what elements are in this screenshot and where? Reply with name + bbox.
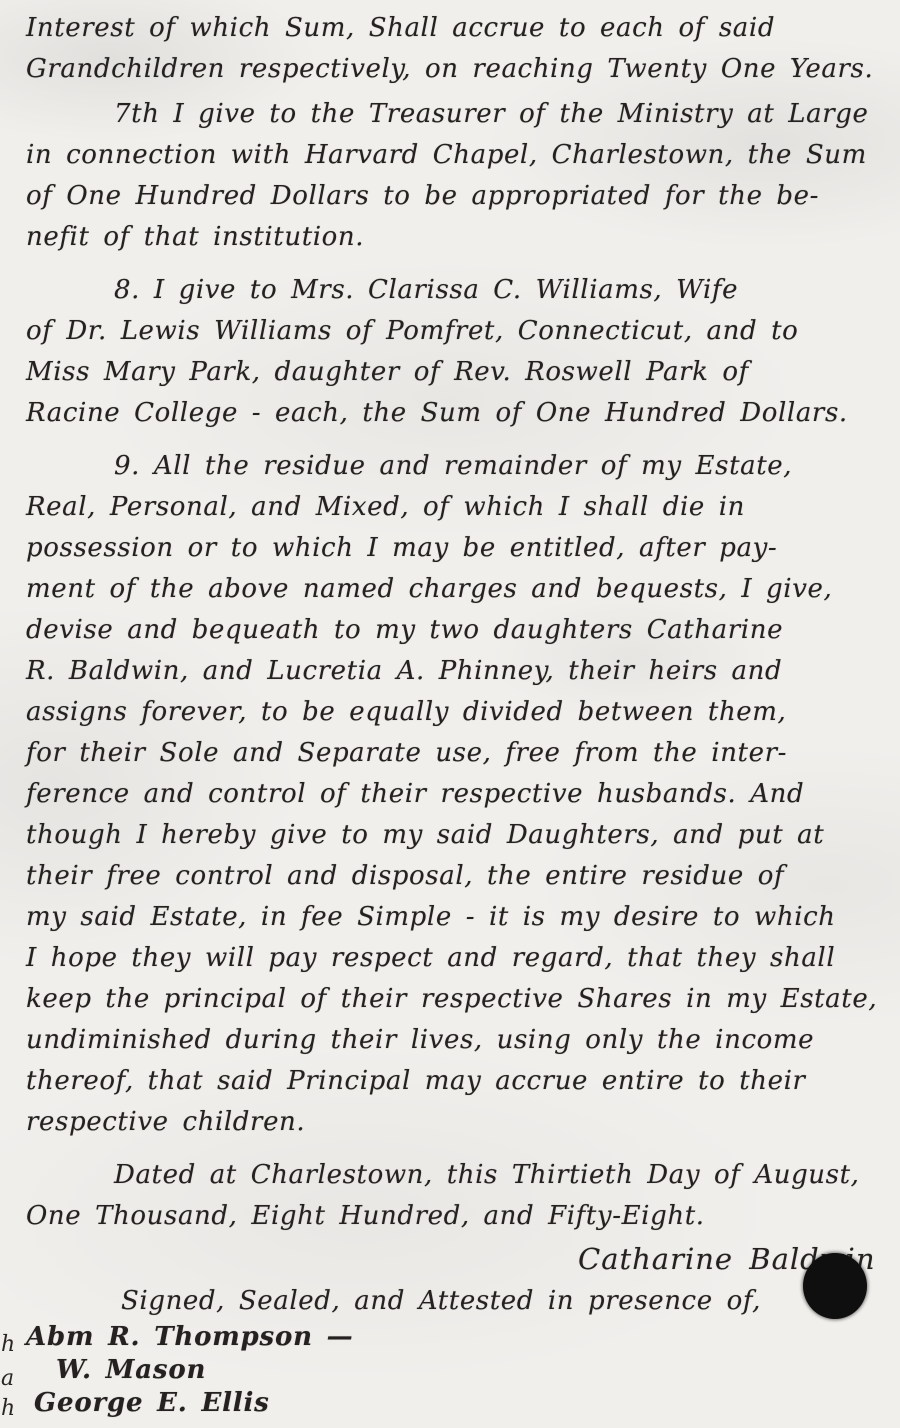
text-line: in connection with Harvard Chapel, Charl… <box>26 135 872 176</box>
text-line-dated: Dated at Charlestown, this Thirtieth Day… <box>26 1155 872 1196</box>
text-line: ment of the above named charges and bequ… <box>26 569 872 610</box>
witness-signature: George E. Ellis <box>26 1387 872 1420</box>
margin-mark: a <box>1 1368 17 1390</box>
text-line: Real, Personal, and Mixed, of which I sh… <box>26 487 872 528</box>
text-line: nefit of that institution. <box>26 217 872 258</box>
text-line: respective children. <box>26 1102 872 1143</box>
text-line: possession or to which I may be entitled… <box>26 528 872 569</box>
witness-signature: W. Mason <box>26 1354 872 1387</box>
text-line: Interest of which Sum, Shall accrue to e… <box>26 8 872 49</box>
text-line-section-8: 8. I give to Mrs. Clarissa C. Williams, … <box>26 270 872 311</box>
text-line-section-9: 9. All the residue and remainder of my E… <box>26 446 872 487</box>
text-line: of Dr. Lewis Williams of Pomfret, Connec… <box>26 311 872 352</box>
testator-signature: Catharine Baldwin <box>26 1237 872 1281</box>
handwritten-will-text: Interest of which Sum, Shall accrue to e… <box>0 0 900 1428</box>
text-line-section-7: 7th I give to the Treasurer of the Minis… <box>26 94 872 135</box>
text-line: undiminished during their lives, using o… <box>26 1020 872 1061</box>
text-line: ference and control of their respective … <box>26 774 872 815</box>
text-line: my said Estate, in fee Simple - it is my… <box>26 897 872 938</box>
text-line: Miss Mary Park, daughter of Rev. Roswell… <box>26 352 872 393</box>
black-seal-icon <box>803 1253 867 1319</box>
text-line: though I hereby give to my said Daughter… <box>26 815 872 856</box>
margin-mark: h <box>1 1334 17 1356</box>
text-line: Racine College - each, the Sum of One Hu… <box>26 393 872 434</box>
text-line: assigns forever, to be equally divided b… <box>26 692 872 733</box>
text-line: thereof, that said Principal may accrue … <box>26 1061 872 1102</box>
text-line: of One Hundred Dollars to be appropriate… <box>26 176 872 217</box>
text-line: for their Sole and Separate use, free fr… <box>26 733 872 774</box>
witness-signature: Abm R. Thompson — <box>26 1321 872 1354</box>
attestation-line: Signed, Sealed, and Attested in presence… <box>26 1281 872 1321</box>
text-line: One Thousand, Eight Hundred, and Fifty-E… <box>26 1196 872 1237</box>
text-line: I hope they will pay respect and regard,… <box>26 938 872 979</box>
margin-mark: h <box>1 1398 17 1420</box>
text-line: R. Baldwin, and Lucretia A. Phinney, the… <box>26 651 872 692</box>
document-page: Interest of which Sum, Shall accrue to e… <box>0 0 900 1428</box>
text-line: their free control and disposal, the ent… <box>26 856 872 897</box>
text-line: Grandchildren respectively, on reaching … <box>26 49 872 90</box>
text-line: keep the principal of their respective S… <box>26 979 872 1020</box>
text-line: devise and bequeath to my two daughters … <box>26 610 872 651</box>
